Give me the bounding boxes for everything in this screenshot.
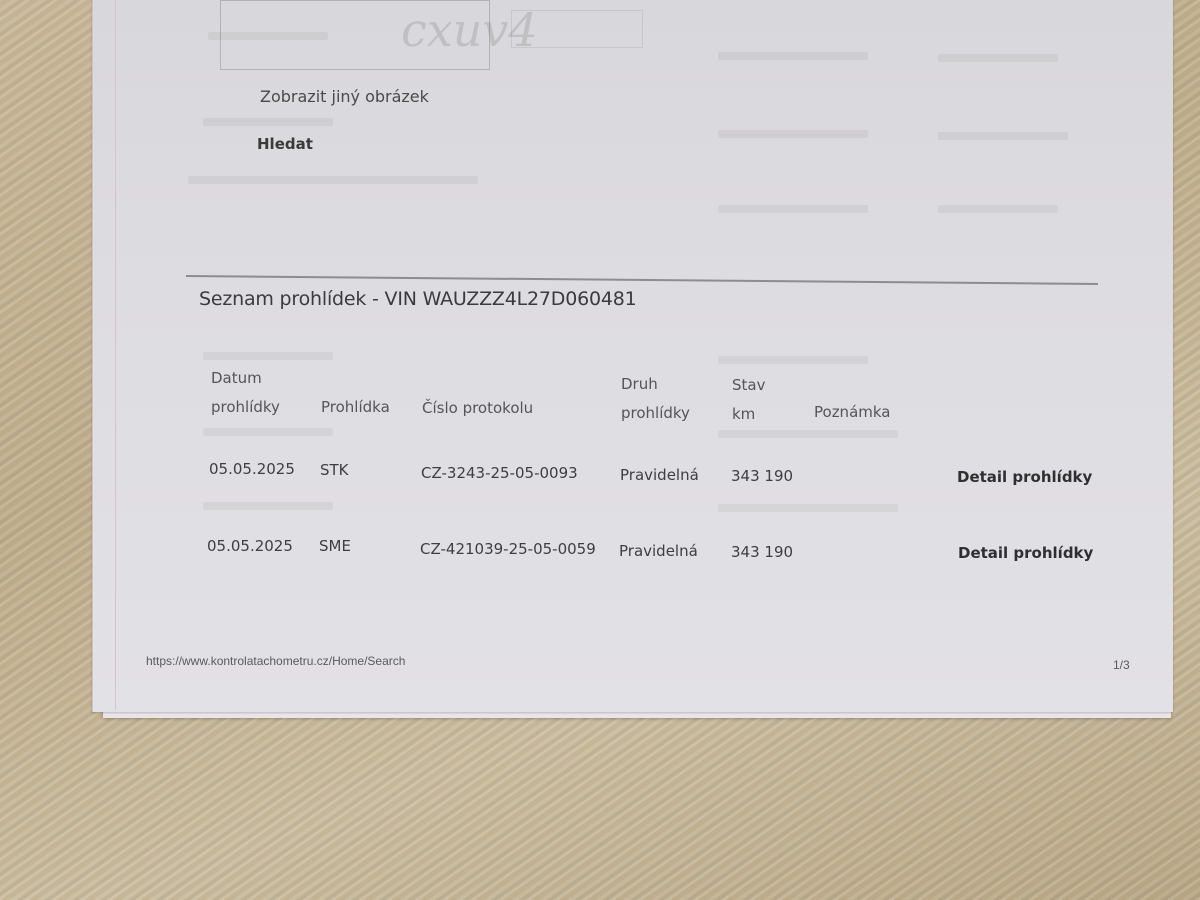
cell-protocol: CZ-3243-25-05-0093 (421, 464, 578, 482)
detail-link[interactable]: Detail prohlídky (957, 468, 1092, 486)
captcha-image: cxuv4 (220, 0, 490, 70)
cell-kind: Pravidelná (620, 466, 699, 484)
cell-km: 343 190 (731, 543, 793, 561)
page-edge (115, 0, 116, 710)
search-button[interactable]: Hledat (257, 135, 313, 153)
cell-protocol: CZ-421039-25-05-0059 (420, 540, 596, 558)
cell-date: 05.05.2025 (207, 537, 293, 555)
show-through-text (718, 356, 868, 364)
show-through-text (938, 54, 1058, 62)
column-header-kind: Druh prohlídky (621, 370, 690, 428)
show-through-text (203, 118, 333, 126)
cell-type: STK (320, 461, 349, 479)
printed-page: cxuv4 Zobrazit jiný obrázek Hledat Sezna… (92, 0, 1173, 712)
show-through-text (203, 428, 333, 436)
show-through-text (718, 130, 868, 138)
cell-km: 343 190 (731, 467, 793, 485)
show-through-text (718, 430, 898, 438)
show-through-text (203, 502, 333, 510)
column-header-note: Poznámka (814, 398, 891, 427)
cell-kind: Pravidelná (619, 542, 698, 560)
show-through-text (203, 352, 333, 360)
show-through-text (938, 205, 1058, 213)
column-header-date: Datum prohlídky (211, 364, 280, 422)
show-through-text (938, 132, 1068, 140)
show-through-text (188, 176, 478, 184)
column-header-inspection: Prohlídka (321, 393, 390, 422)
cell-type: SME (319, 537, 351, 555)
print-footer-page-number: 1/3 (1113, 658, 1130, 672)
print-footer-url: https://www.kontrolatachometru.cz/Home/S… (146, 654, 405, 668)
detail-link[interactable]: Detail prohlídky (958, 544, 1093, 562)
section-title: Seznam prohlídek - VIN WAUZZZ4L27D060481 (199, 288, 637, 310)
refresh-captcha-link[interactable]: Zobrazit jiný obrázek (260, 87, 429, 106)
show-through-text (718, 504, 898, 512)
show-through-text (718, 205, 868, 213)
cell-date: 05.05.2025 (209, 460, 295, 478)
show-through-text (718, 52, 868, 60)
section-divider (186, 275, 1098, 285)
column-header-protocol: Číslo protokolu (422, 394, 533, 423)
column-header-km: Stav km (732, 371, 765, 429)
captcha-scribble: cxuv4 (401, 3, 538, 57)
